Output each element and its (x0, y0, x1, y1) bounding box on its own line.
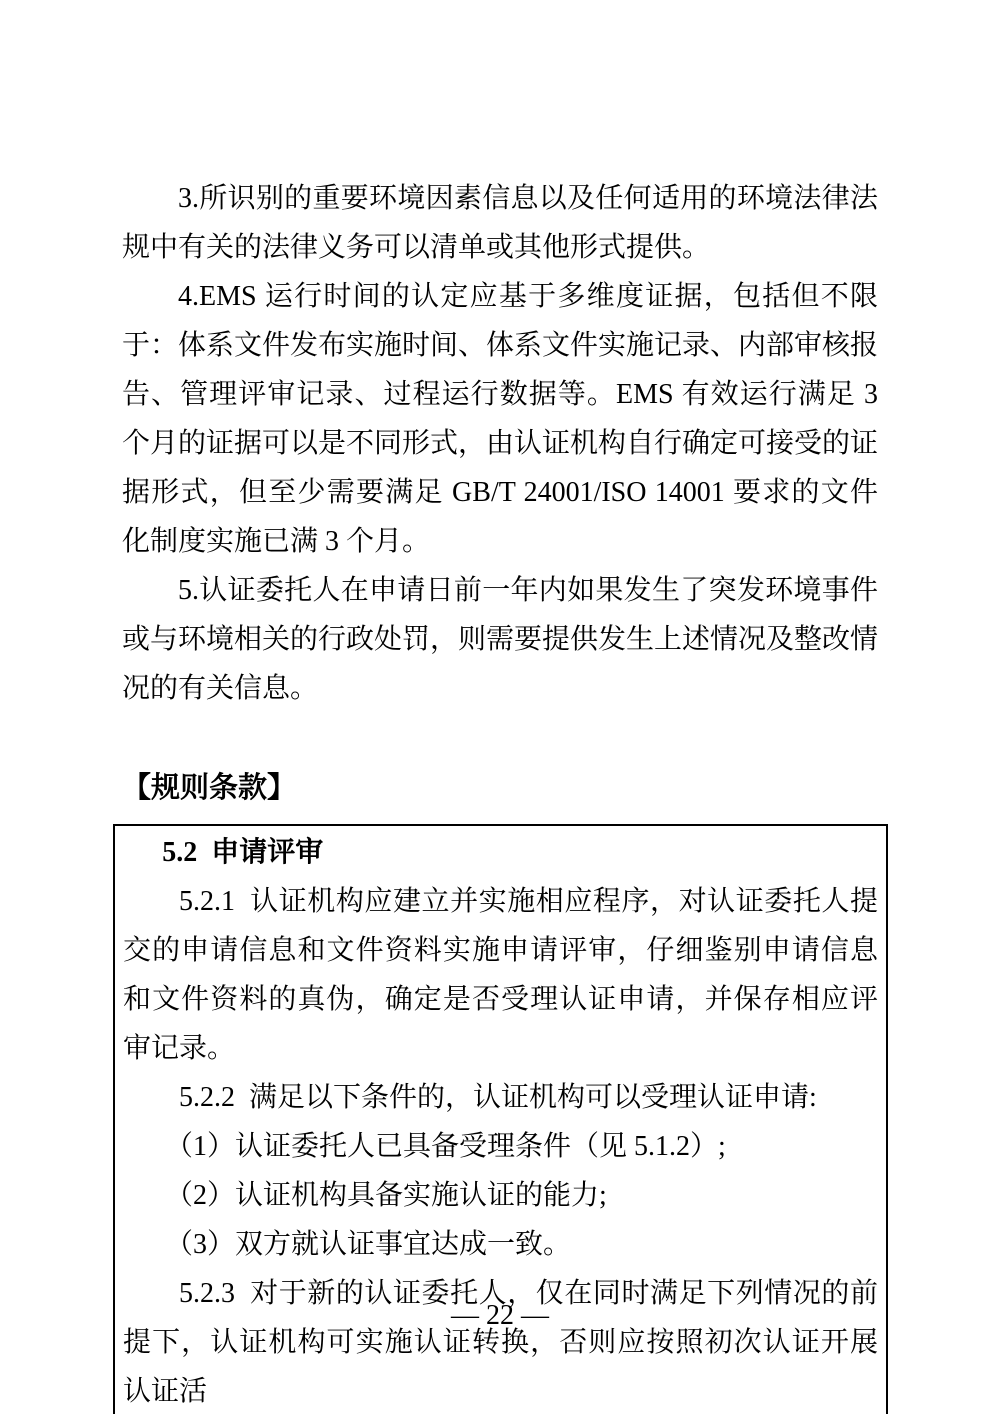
body-paragraph-4: 4.EMS 运行时间的认定应基于多维度证据，包括但不限于：体系文件发布实施时间、… (122, 272, 878, 566)
page-body: 3.所识别的重要环境因素信息以及任何适用的环境法律法规中有关的法律义务可以清单或… (122, 174, 878, 1414)
rule-condition-item-2: （2）认证机构具备实施认证的能力; (123, 1171, 878, 1220)
page-number-footer: — 22 — (0, 1296, 1000, 1336)
rule-clause-5-2-3: 5.2.3 对于新的认证委托人，仅在同时满足下列情况的前提下，认证机构可实施认证… (123, 1269, 878, 1414)
rule-clause-5-2-1: 5.2.1 认证机构应建立并实施相应程序，对认证委托人提交的申请信息和文件资料实… (123, 877, 878, 1073)
rule-condition-item-1: （1）认证委托人已具备受理条件（见 5.1.2）; (123, 1122, 878, 1171)
rule-clause-5-2-2: 5.2.2 满足以下条件的，认证机构可以受理认证申请: (123, 1073, 878, 1122)
body-paragraph-3: 3.所识别的重要环境因素信息以及任何适用的环境法律法规中有关的法律义务可以清单或… (122, 174, 878, 272)
section-label-rule-clauses: 【规则条款】 (122, 765, 878, 811)
rule-box-heading: 5.2 申请评审 (123, 828, 878, 877)
body-paragraph-5: 5.认证委托人在申请日前一年内如果发生了突发环境事件或与环境相关的行政处罚，则需… (122, 566, 878, 713)
rule-condition-item-3: （3）双方就认证事宜达成一致。 (123, 1220, 878, 1269)
document-page: 3.所识别的重要环境因素信息以及任何适用的环境法律法规中有关的法律义务可以清单或… (0, 0, 1000, 1414)
